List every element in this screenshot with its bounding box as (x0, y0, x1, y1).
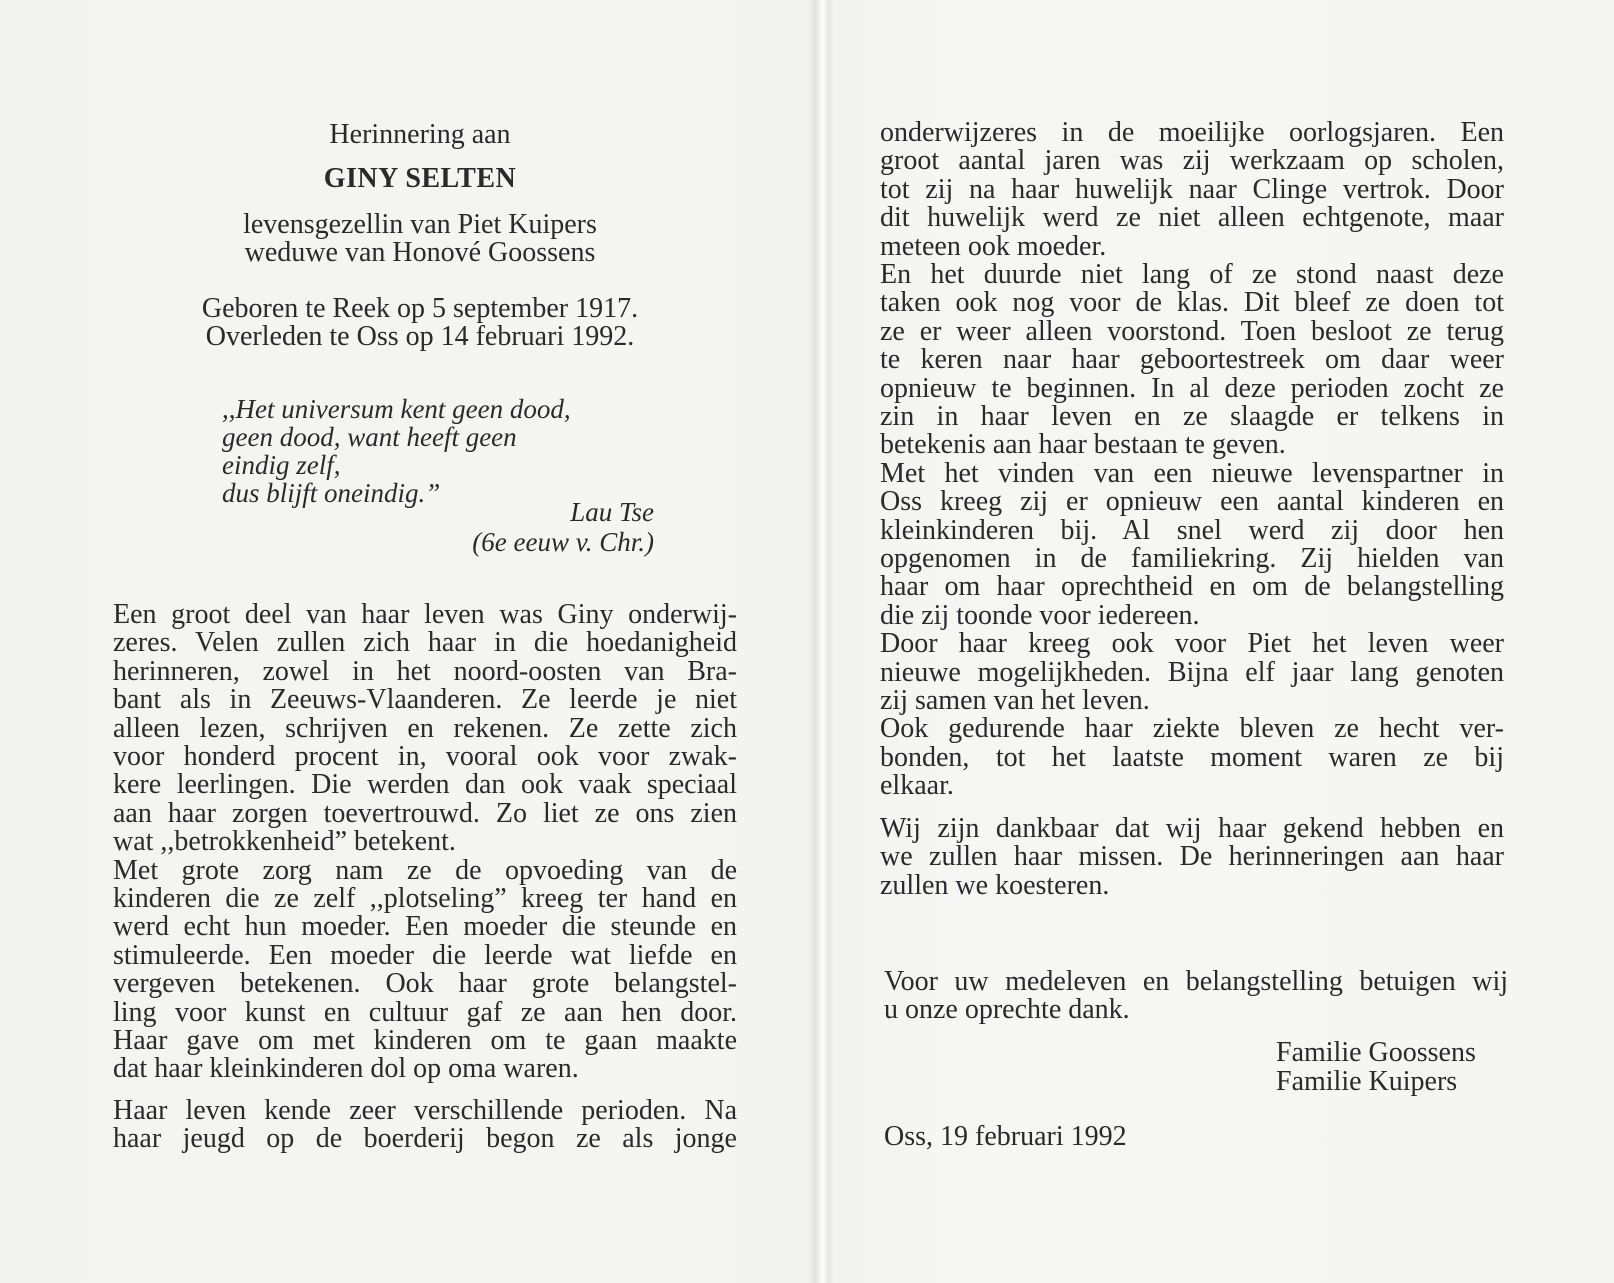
body-line: alleen lezen, schrijven en rekenen. Ze z… (113, 714, 737, 743)
body-line: die zij toonde voor iedereen. (880, 601, 1200, 630)
body-line: opgenomen in de familiekring. Zij hielde… (880, 544, 1504, 573)
relation-partner: levensgezellin van Piet Kuipers (170, 210, 670, 239)
body-line: elkaar. (880, 771, 954, 800)
body-line: Met grote zorg nam ze de opvoeding van d… (113, 856, 737, 885)
quote-line: ,,Het universum kent geen dood, (222, 395, 571, 424)
body-line: bant als in Zeeuws-Vlaanderen. Ze leerde… (113, 685, 737, 714)
birth-info: Geboren te Reek op 5 september 1917. (150, 294, 690, 323)
body-line: betekenis aan haar bestaan te geven. (880, 430, 1286, 459)
body-line: tot zij na haar huwelijk naar Clinge ver… (880, 175, 1504, 204)
body-line: zin in haar leven en ze slaagde er telke… (880, 402, 1504, 431)
card-fold (808, 0, 834, 1283)
body-line: Ook gedurende haar ziekte bleven ze hech… (880, 714, 1504, 743)
body-line: kere leerlingen. Die werden dan ook vaak… (113, 770, 737, 799)
body-line: zeres. Velen zullen zich haar in die hoe… (113, 628, 737, 657)
body-line: herinneren, zowel in het noord-oosten va… (113, 657, 737, 686)
body-line: groot aantal jaren was zij werkzaam op s… (880, 146, 1504, 175)
body-line: ze er weer alleen voorstond. Toen besloo… (880, 317, 1504, 346)
body-line: vergeven betekenen. Ook haar grote belan… (113, 969, 737, 998)
body-line: werd echt hun moeder. Een moeder die ste… (113, 912, 737, 941)
body-line: kinderen die ze zelf ,,plotseling” kreeg… (113, 884, 737, 913)
body-line: wat ,,betrokkenheid” betekent. (113, 827, 456, 856)
body-line: voor honderd procent in, vooral ook voor… (113, 742, 737, 771)
body-line: zij samen van het leven. (880, 686, 1150, 715)
intro-text: Herinnering aan (220, 120, 620, 149)
body-line: kleinkinderen bij. Al snel werd zij door… (880, 516, 1504, 545)
body-line: En het duurde niet lang of ze stond naas… (880, 260, 1504, 289)
body-line: Oss kreeg zij er opnieuw een aantal kind… (880, 487, 1504, 516)
body-line: stimuleerde. Een moeder die leerde wat l… (113, 941, 737, 970)
signature-line: Familie Goossens (1276, 1038, 1476, 1067)
body-line: ling voor kunst en cultuur gaf ze aan he… (113, 998, 737, 1027)
body-line: taken ook nog voor de klas. Dit bleef ze… (880, 288, 1504, 317)
place-date: Oss, 19 februari 1992 (884, 1122, 1127, 1151)
closing-line: Wij zijn dankbaar dat wij haar gekend he… (880, 814, 1504, 843)
closing-line: zullen we koesteren. (880, 871, 1109, 900)
body-line: Een groot deel van haar leven was Giny o… (113, 600, 737, 629)
body-line: nieuwe mogelijkheden. Bijna elf jaar lan… (880, 658, 1504, 687)
signature-line: Familie Kuipers (1276, 1067, 1457, 1096)
body-line: Haar gave om met kinderen om te gaan maa… (113, 1026, 737, 1055)
body-line: onderwijzeres in de moeilijke oorlogsjar… (880, 118, 1504, 147)
quote-author: Lau Tse (440, 498, 654, 527)
thanks-line: u onze oprechte dank. (884, 995, 1130, 1024)
deceased-name: GINY SELTEN (220, 164, 620, 193)
body-line: Haar leven kende zeer verschillende peri… (113, 1096, 737, 1125)
body-line: te keren naar haar geboortestreek om daa… (880, 345, 1504, 374)
body-line: haar om haar oprechtheid en om de belang… (880, 572, 1504, 601)
quote-line: geen dood, want heeft geen (222, 423, 517, 452)
quote-line: eindig zelf, (222, 451, 340, 480)
body-line: opnieuw te beginnen. In al deze perioden… (880, 374, 1504, 403)
quote-line: dus blijft oneindig.” (222, 479, 440, 508)
death-info: Overleden te Oss op 14 februari 1992. (150, 322, 690, 351)
body-line: aan haar zorgen toevertrouwd. Zo liet ze… (113, 799, 737, 828)
body-line: bonden, tot het laatste moment waren ze … (880, 743, 1504, 772)
relation-widow: weduwe van Honové Goossens (170, 238, 670, 267)
body-line: haar jeugd op de boerderij begon ze als … (113, 1124, 737, 1153)
body-line: dat haar kleinkinderen dol op oma waren. (113, 1054, 579, 1083)
body-line: Door haar kreeg ook voor Piet het leven … (880, 629, 1504, 658)
closing-line: we zullen haar missen. De herinneringen … (880, 842, 1504, 871)
body-line: Met het vinden van een nieuwe levenspart… (880, 459, 1504, 488)
thanks-line: Voor uw medeleven en belangstelling betu… (884, 967, 1508, 996)
body-line: dit huwelijk werd ze niet alleen echtgen… (880, 203, 1504, 232)
body-line: meteen ook moeder. (880, 232, 1106, 261)
quote-era: (6e eeuw v. Chr.) (400, 528, 654, 557)
